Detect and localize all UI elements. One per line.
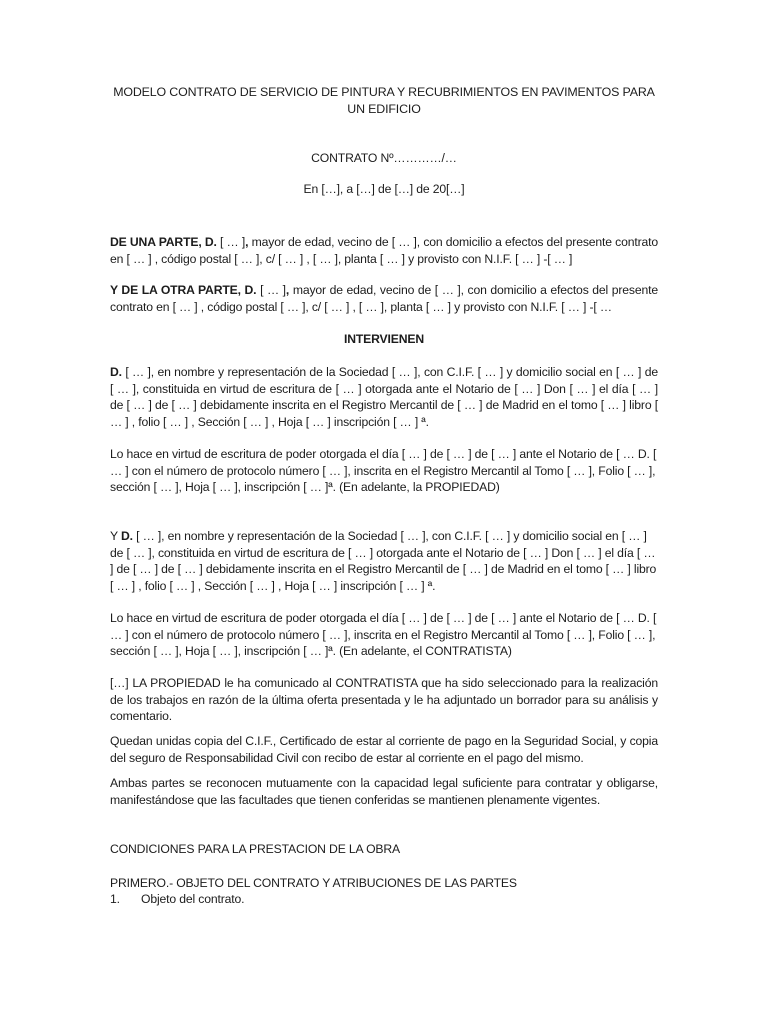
contratista-lead: D.	[121, 529, 133, 543]
contract-number: CONTRATO Nº…………/…	[110, 150, 658, 167]
intervienen-contratista: Y D. [ … ], en nombre y representación d…	[110, 528, 658, 594]
party-second: Y DE LA OTRA PARTE, D. [ … ], mayor de e…	[110, 282, 658, 315]
contratista-text: [ … ], en nombre y representación de la …	[110, 529, 656, 593]
list-item: 1.Objeto del contrato.	[110, 891, 658, 908]
party-first-lead: DE UNA PARTE, D.	[110, 235, 217, 249]
place-date: En […], a […] de […] de 20[…]	[110, 181, 658, 198]
list-item-number: 1.	[110, 891, 141, 908]
contratista-poder: Lo hace en virtud de escritura de poder …	[110, 610, 658, 660]
contratista-pre: Y	[110, 529, 121, 543]
propiedad-text: [ … ], en nombre y representación de la …	[110, 365, 658, 429]
party-first-name: [ … ]	[217, 235, 245, 249]
section-primero: PRIMERO.- OBJETO DEL CONTRATO Y ATRIBUCI…	[110, 875, 658, 892]
propiedad-poder: Lo hace en virtud de escritura de poder …	[110, 446, 658, 496]
paragraph-capacidad: Ambas partes se reconocen mutuamente con…	[110, 775, 658, 808]
intervienen-heading: INTERVIENEN	[110, 331, 658, 348]
propiedad-lead: D.	[110, 365, 122, 379]
party-second-lead: Y DE LA OTRA PARTE, D.	[110, 283, 256, 297]
party-second-name: [ … ]	[256, 283, 285, 297]
list-item-label: Objeto del contrato.	[141, 892, 244, 906]
document-title: MODELO CONTRATO DE SERVICIO DE PINTURA Y…	[110, 84, 658, 118]
paragraph-copias: Quedan unidas copia del C.I.F., Certific…	[110, 733, 658, 766]
intervienen-propiedad: D. [ … ], en nombre y representación de …	[110, 364, 658, 430]
paragraph-seleccion: […] LA PROPIEDAD le ha comunicado al CON…	[110, 675, 658, 725]
conditions-heading: CONDICIONES PARA LA PRESTACION DE LA OBR…	[110, 841, 658, 858]
party-first: DE UNA PARTE, D. [ … ], mayor de edad, v…	[110, 234, 658, 267]
